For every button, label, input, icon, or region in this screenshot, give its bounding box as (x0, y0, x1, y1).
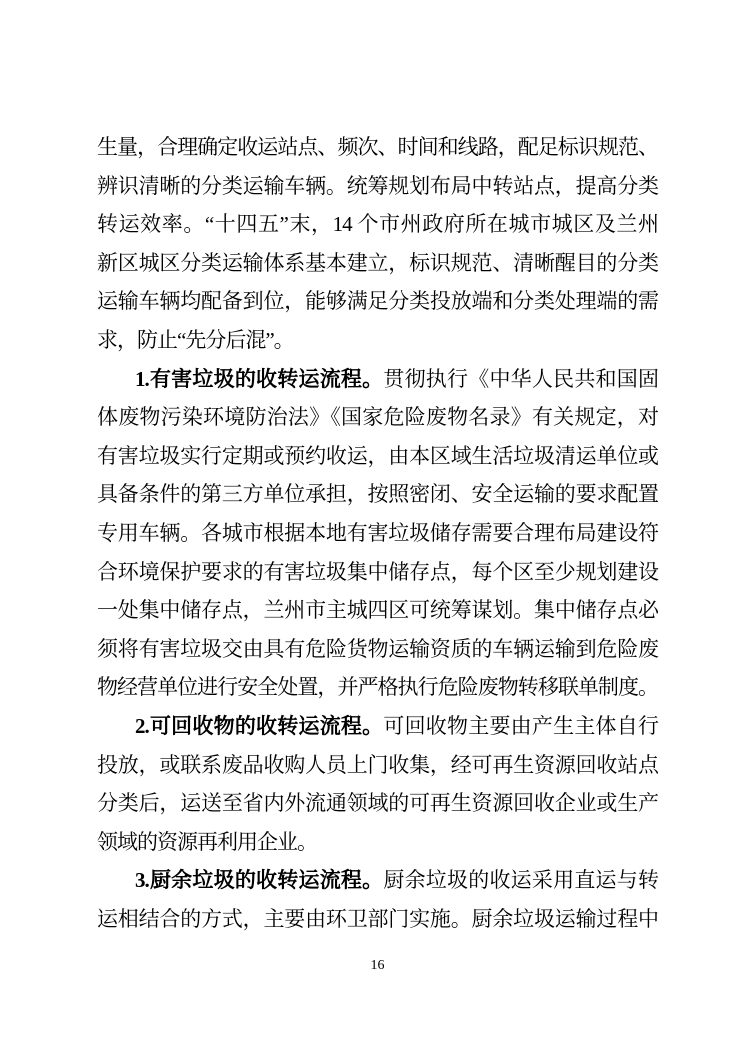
text-line: 领域的资源再利用企业。 (97, 823, 658, 862)
text-line: 3.厨余垃圾的收转运流程。厨余垃圾的收运采用直运与转 (97, 861, 658, 900)
document-body: 生量，合理确定收运站点、频次、时间和线路，配足标识规范、 辨识清晰的分类运输车辆… (97, 128, 658, 938)
text-line: 合环境保护要求的有害垃圾集中储存点，每个区至少规划建设 (97, 553, 658, 592)
text-line: 1.有害垃圾的收转运流程。贯彻执行《中华人民共和国固 (97, 360, 658, 399)
text-line: 体废物污染环境防治法》《国家危险废物名录》有关规定，对 (97, 398, 658, 437)
paragraph-heading: 2.可回收物的收转运流程。 (135, 714, 383, 738)
text-line: 须将有害垃圾交由具有危险货物运输资质的车辆运输到危险废 (97, 630, 658, 669)
text-line: 2.可回收物的收转运流程。可回收物主要由产生主体自行 (97, 707, 658, 746)
text-line: 生量，合理确定收运站点、频次、时间和线路，配足标识规范、 (97, 128, 658, 167)
text-line: 运输车辆均配备到位，能够满足分类投放端和分类处理端的需 (97, 282, 658, 321)
heading-line-text: 可回收物主要由产生主体自行 (383, 714, 658, 738)
page-number: 16 (97, 956, 658, 976)
text-line: 专用车辆。各城市根据本地有害垃圾储存需要合理布局建设符 (97, 514, 658, 553)
paragraph-recyclables: 2.可回收物的收转运流程。可回收物主要由产生主体自行 投放，或联系废品收购人员上… (97, 707, 658, 861)
text-line: 一处集中储存点，兰州市主城四区可统筹谋划。集中储存点必 (97, 591, 658, 630)
heading-line-text: 贯彻执行《中华人民共和国固 (383, 367, 658, 391)
paragraph-kitchen-waste: 3.厨余垃圾的收转运流程。厨余垃圾的收运采用直运与转 运相结合的方式，主要由环卫… (97, 861, 658, 938)
text-line: 具备条件的第三方单位承担，按照密闭、安全运输的要求配置 (97, 475, 658, 514)
text-line: 辨识清晰的分类运输车辆。统筹规划布局中转站点，提高分类 (97, 167, 658, 206)
paragraph-heading: 3.厨余垃圾的收转运流程。 (135, 868, 383, 892)
text-line: 转运效率。“十四五”末，14 个市州政府所在城市城区及兰州 (97, 205, 658, 244)
text-line: 运相结合的方式，主要由环卫部门实施。厨余垃圾运输过程中 (97, 900, 658, 939)
text-line: 求，防止“先分后混”。 (97, 321, 658, 360)
document-page: 生量，合理确定收运站点、频次、时间和线路，配足标识规范、 辨识清晰的分类运输车辆… (0, 0, 744, 1052)
text-line: 新区城区分类运输体系基本建立，标识规范、清晰醒目的分类 (97, 244, 658, 283)
text-line: 有害垃圾实行定期或预约收运，由本区域生活垃圾清运单位或 (97, 437, 658, 476)
text-line: 物经营单位进行安全处置，并严格执行危险废物转移联单制度。 (97, 668, 658, 707)
paragraph-heading: 1.有害垃圾的收转运流程。 (135, 367, 383, 391)
paragraph-hazardous-waste: 1.有害垃圾的收转运流程。贯彻执行《中华人民共和国固 体废物污染环境防治法》《国… (97, 360, 658, 707)
paragraph-transport-system: 生量，合理确定收运站点、频次、时间和线路，配足标识规范、 辨识清晰的分类运输车辆… (97, 128, 658, 360)
text-line: 投放，或联系废品收购人员上门收集，经可再生资源回收站点 (97, 746, 658, 785)
heading-line-text: 厨余垃圾的收运采用直运与转 (383, 868, 658, 892)
text-line: 分类后，运送至省内外流通领域的可再生资源回收企业或生产 (97, 784, 658, 823)
